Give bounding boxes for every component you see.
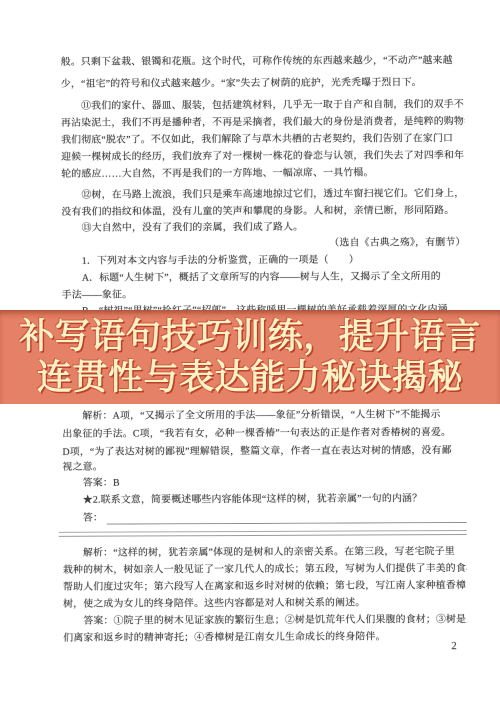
question2-answer-line: 答案：①院子里的树木见证家族的繁衍生息；②树是饥荒年代人们果腹的食材；③树是人 (63, 613, 467, 628)
question2-stem: ★2.联系文意，简要概述哪些内容能体现“这样的树，犹若亲属”一句的内涵？ (63, 492, 467, 507)
passage-line: 般。只剩下盆栽、银镯和花瓶。这个时代，可称作传统的东西越来越少，“不动产”越来越 (61, 54, 465, 69)
passage-line: ⑫树，在马路上流浪，我们只是乘车高速地掠过它们，透过车窗扫视它们。它们身上， (61, 187, 465, 202)
promo-banner-title-line1: 补写语句技巧训练，提升语言 (19, 316, 481, 357)
question1-analysis-line: 解析：A项，“又揭示了全文所用的手法——象征”分析错误，“人生树下”不能揭示 (62, 408, 466, 423)
passage-line: ⑪我们的家什、器皿、服装，包括建筑材料，几乎无一取于自产和自制，我们的双手不 (61, 98, 465, 113)
passage-line: 没有我们的指纹和体温，没有儿童的笑声和攀爬的身影。人和树，亲情已断，形同陌路。 (61, 204, 465, 219)
passage-line: 少，“祖宅”的符号和仪式越来越少。“家”失去了树荫的庇护，光秃秃曝于烈日下。 (61, 76, 465, 91)
passage-line: 轮的感应……大自然，不再是我们的一方阵地、一幅凉席、一具竹榻。 (61, 166, 465, 181)
scanned-exam-page: 般。只剩下盆栽、银镯和花瓶。这个时代，可称作传统的东西越来越少，“不动产”越来越… (0, 0, 500, 707)
promo-banner[interactable]: 补写语句技巧训练，提升语言 连贯性与表达能力秘诀揭秘 (0, 310, 500, 404)
question1-stem: 1．下列对本文内容与手法的分析鉴赏，正确的一项是（ ） (62, 253, 466, 268)
passage-line: 再沾染泥土，我们不再是播种者，不再是采摘者，我们最大的身份是消费者，是纯粹的购物… (61, 115, 465, 130)
question2-answer-line: 们离家和返乡时的精神寄托；④香樟树是江南女儿生命成长的终身陪伴。 (63, 630, 467, 645)
question1-answer: 答案：B (63, 475, 467, 490)
passage-line: ⑬大自然中，没有了我们的亲属，我们成了路人。 (61, 220, 465, 235)
question1-analysis-line: 视之意。 (62, 459, 466, 474)
section-divider (59, 530, 467, 536)
page-number: 2 (451, 640, 457, 652)
question1-analysis-line: 出象征的手法。C项，“我若有女，必种一棵香椿”一句表达的正是作者对香椿树的喜爱。 (62, 426, 466, 441)
question2-analysis-line: 帮助人们度过灾年；第六段写人在离家和返乡时对树的依赖；第七段，写江南人家种植香樟 (63, 579, 467, 594)
passage-line: 迎候一棵树成长的经历，我们放弃了对一棵树一株花的眷恋与认领，我们失去了对四季和年 (61, 149, 465, 164)
answer-blank-line (107, 511, 467, 525)
question2-answer-row: 答： (63, 510, 467, 525)
question1-option-a: A．标题“人生树下”，概括了文章所写的内容——树与人生，又揭示了全文所用的 (62, 270, 466, 285)
promo-banner-title-line2: 连贯性与表达能力秘诀揭秘 (37, 357, 463, 398)
question1-analysis-line: D项，“为了表达对树的鄙视”理解错误，整篇文章，作者一直在表达对树的情感，没有鄙 (62, 444, 466, 459)
question2-analysis-line: 解析：“这样的树，犹若亲属”体现的是树和人的亲密关系。在第三段，写老宅院子里 (63, 545, 467, 560)
answer-label: 答： (63, 512, 103, 525)
question2-analysis-line: 栽种的树木，树如亲人一般见证了一家几代人的成长；第五段，写树为人们提供了丰美的食… (63, 562, 467, 577)
passage-line: 我们彻底“脱农”了。不仅如此，我们解除了与草木共栖的古老契约，我们告别了在家门口 (61, 132, 465, 147)
passage-attribution: （选自《古典之殇》，有删节） (61, 236, 465, 251)
question2-analysis-line: 树，使之成为女儿的终身陪伴。这些内容都是对人和树关系的阐述。 (63, 596, 467, 611)
question1-option-a: 手法——象征。 (62, 287, 466, 302)
